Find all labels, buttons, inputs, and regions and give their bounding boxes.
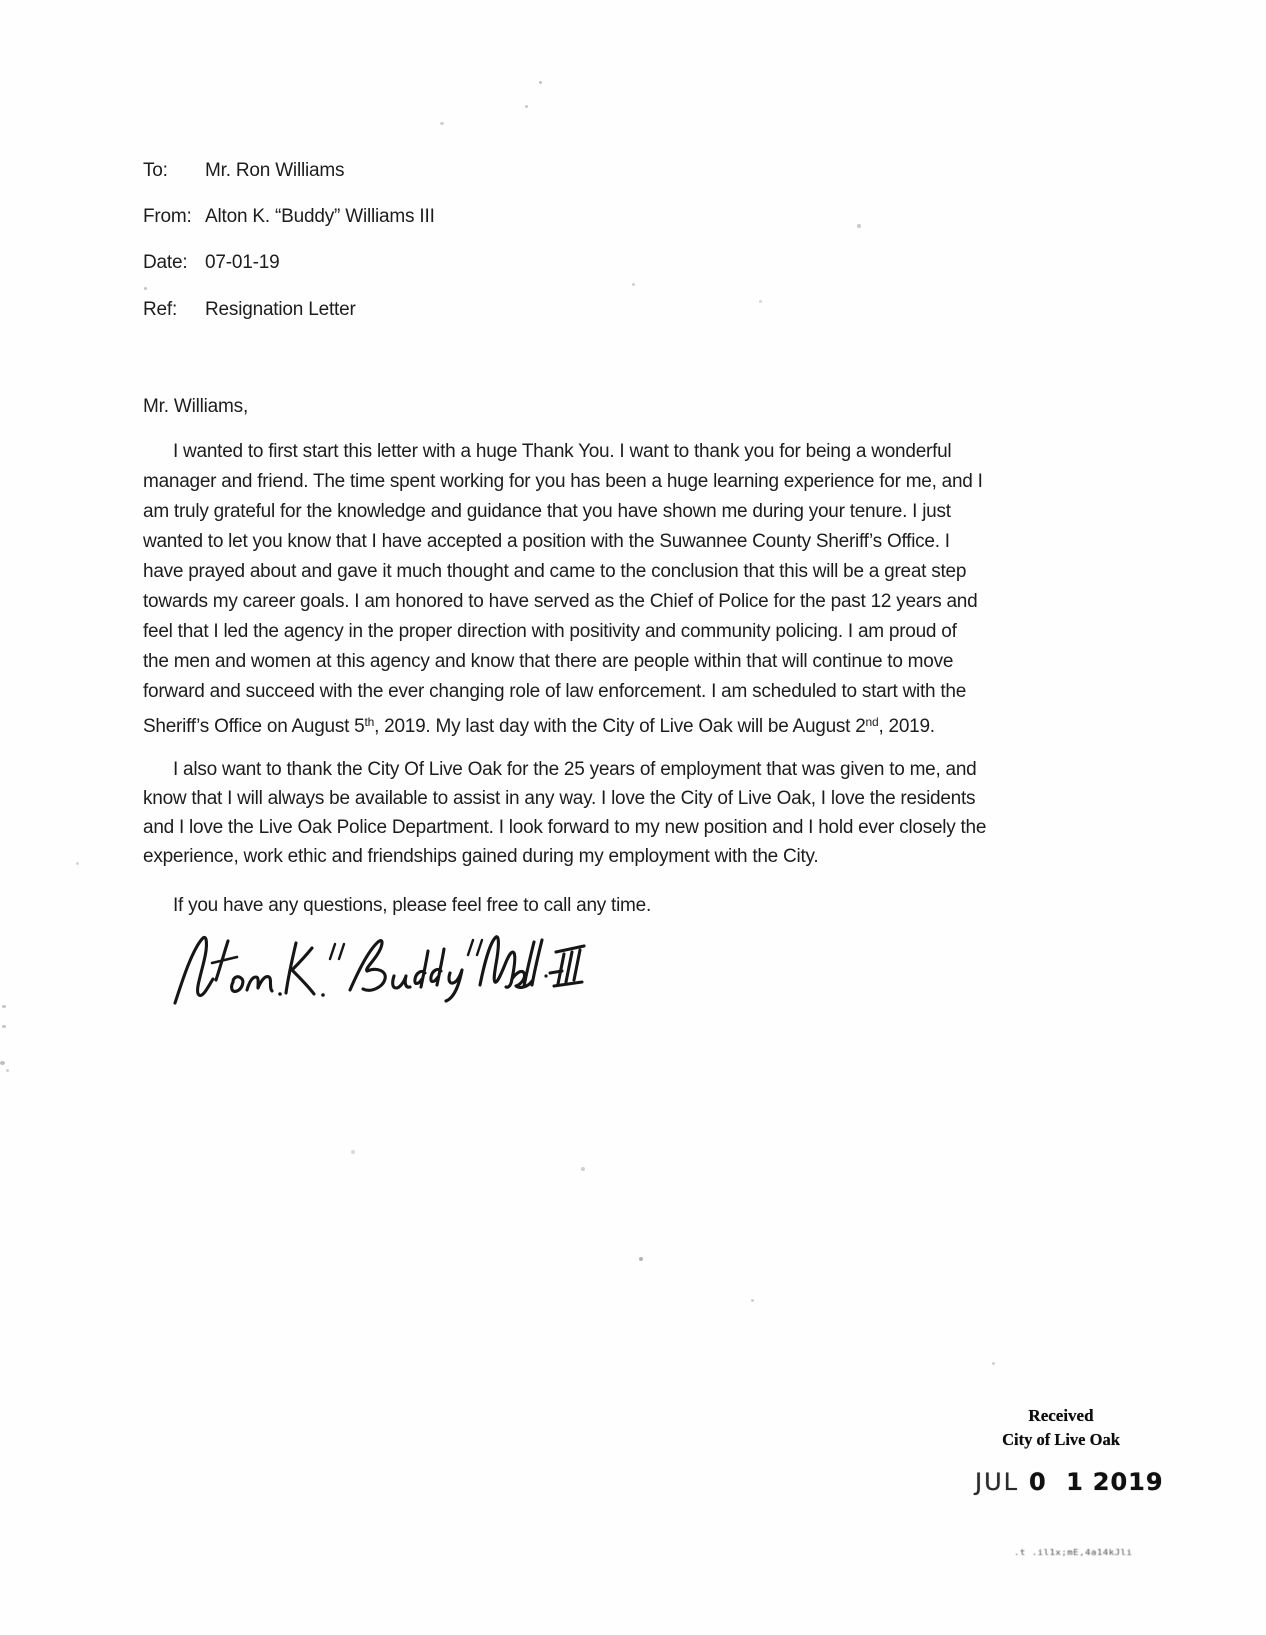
stamp-date: JUL0 12019 (975, 1468, 1147, 1496)
stamp-received-text: Received (975, 1406, 1147, 1426)
from-label: From: (143, 206, 205, 228)
para1-line: feel that I led the agency in the proper… (143, 617, 983, 647)
memo-from-row: From:Alton K. “Buddy” Williams III (143, 206, 435, 228)
salutation: Mr. Williams, (143, 396, 248, 418)
para2-line: know that I will always be available to … (143, 784, 986, 813)
para1-line: I wanted to first start this letter with… (143, 437, 983, 467)
scan-speck (539, 81, 542, 84)
ref-label: Ref: (143, 299, 205, 321)
para1-line: forward and succeed with the ever changi… (143, 677, 983, 707)
scanned-letter-page: To:Mr. Ron Williams From:Alton K. “Buddy… (0, 0, 1266, 1635)
para2-line: and I love the Live Oak Police Departmen… (143, 813, 986, 842)
para3-line: If you have any questions, please feel f… (143, 891, 651, 921)
scan-speck (351, 1150, 355, 1154)
illegible-stamp-smudge: .t .il1x;mE,4a14kJli (1014, 1549, 1132, 1558)
scan-speck (632, 283, 635, 286)
scan-speck (639, 1257, 643, 1261)
scan-speck (6, 1069, 9, 1072)
scan-speck (440, 122, 444, 125)
to-value: Mr. Ron Williams (205, 160, 344, 181)
ref-value: Resignation Letter (205, 299, 356, 320)
para1-line: am truly grateful for the knowledge and … (143, 497, 983, 527)
para1-line: towards my career goals. I am honored to… (143, 587, 983, 617)
scan-speck (0, 1061, 5, 1065)
stamp-city-text: City of Live Oak (975, 1430, 1147, 1450)
handwritten-signature (172, 930, 588, 1008)
from-value: Alton K. “Buddy” Williams III (205, 206, 435, 227)
para1-last-c: , 2019. (878, 716, 934, 737)
memo-ref-row: Ref:Resignation Letter (143, 299, 356, 321)
superscript-th: th (365, 715, 375, 729)
para1-line: wanted to let you know that I have accep… (143, 527, 983, 557)
stamp-month: JUL (975, 1468, 1019, 1496)
scan-speck (581, 1167, 585, 1171)
para1-last-b: , 2019. My last day with the City of Liv… (374, 716, 865, 737)
scan-speck (144, 287, 147, 290)
paragraph-3: If you have any questions, please feel f… (143, 891, 651, 921)
date-label: Date: (143, 252, 205, 274)
stamp-year: 2019 (1093, 1468, 1164, 1496)
stamp-day: 0 1 (1029, 1468, 1089, 1496)
para2-line: experience, work ethic and friendships g… (143, 842, 986, 871)
to-label: To: (143, 160, 205, 182)
para1-line: the men and women at this agency and kno… (143, 647, 983, 677)
para2-line: I also want to thank the City Of Live Oa… (143, 755, 986, 784)
paragraph-2: I also want to thank the City Of Live Oa… (143, 755, 986, 871)
para1-line: manager and friend. The time spent worki… (143, 467, 983, 497)
scan-speck (2, 1005, 6, 1008)
scan-speck (759, 300, 762, 303)
date-value: 07-01-19 (205, 252, 279, 273)
memo-date-row: Date:07-01-19 (143, 252, 279, 274)
received-stamp: Received City of Live Oak JUL0 12019 (975, 1406, 1147, 1496)
scan-speck (857, 224, 861, 228)
scan-speck (2, 1025, 6, 1028)
para1-last-a: Sheriff’s Office on August 5 (143, 716, 365, 737)
scan-speck (525, 105, 528, 108)
memo-to-row: To:Mr. Ron Williams (143, 160, 344, 182)
superscript-nd: nd (866, 715, 879, 729)
para1-last-line: Sheriff’s Office on August 5th, 2019. My… (143, 707, 983, 737)
scan-speck (76, 862, 79, 865)
scan-speck (992, 1362, 995, 1365)
paragraph-1: I wanted to first start this letter with… (143, 437, 983, 737)
para1-line: have prayed about and gave it much thoug… (143, 557, 983, 587)
scan-speck (751, 1299, 754, 1302)
